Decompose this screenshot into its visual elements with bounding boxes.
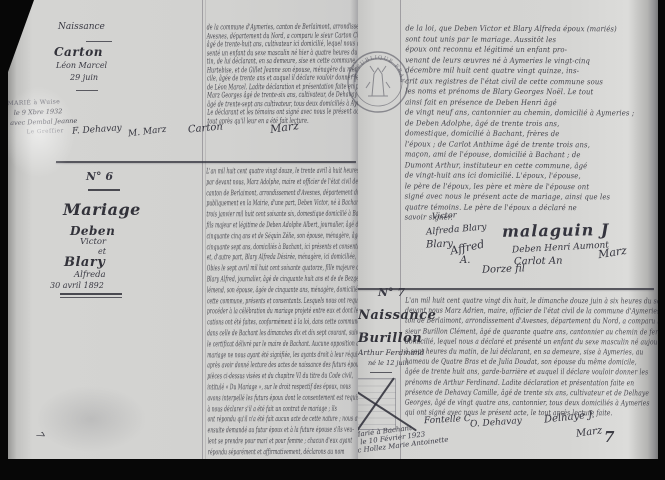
handwritten-text-line: prénoms de Arthur Ferdinand. Ladite décl… xyxy=(405,377,600,388)
register-scan: Naissance Carton Léon Marcel 29 juin MAR… xyxy=(8,0,658,459)
margin-groom-family: Deben xyxy=(70,224,115,238)
margin-family-name: Carton xyxy=(54,45,103,59)
handwritten-text-line: L'an mil huit cent quatre vingt douze, l… xyxy=(206,166,293,177)
handwritten-text-line: L'an mil huit cent quatre vingt dix huit… xyxy=(405,296,600,307)
handwritten-text-line: publiquement en la Mairie, d'une part, D… xyxy=(206,198,293,209)
signature: Carton xyxy=(188,122,224,136)
margin-underline-2 xyxy=(60,297,122,298)
signature: O. Dehavay xyxy=(470,416,522,430)
page-number: 7 xyxy=(604,428,614,446)
handwritten-text-line: pièces ci-dessus visées et du chapitre V… xyxy=(207,371,294,382)
act-number: N° 7 xyxy=(378,286,405,299)
act-7-body-text: L'an mil huit cent quatre vingt dix huit… xyxy=(405,296,655,419)
handwritten-text-line: Blary Alfred, journalier, âgé de cinquan… xyxy=(207,274,294,285)
handwritten-text-line: âgée de trente huit ans, garde-barrière … xyxy=(405,367,600,378)
left-page: Naissance Carton Léon Marcel 29 juin MAR… xyxy=(8,0,358,459)
handwritten-text-line: présence de Dehavay Camille, âgé de tren… xyxy=(405,387,600,398)
signature-officer: Marz xyxy=(575,425,603,440)
margin-underline xyxy=(60,293,122,295)
handwritten-text-line: cations ont été faites, conformément à l… xyxy=(207,317,294,328)
handwritten-text-line: domicilié, lequel nous a déclaré et prés… xyxy=(405,336,600,347)
handwritten-text-line: par devant nous, Marz Adolphe, maire et … xyxy=(206,177,293,188)
signature: Fontelle C. xyxy=(424,414,474,427)
handwritten-text-line: mariage ne nous ayant été signifiée, les… xyxy=(207,349,294,360)
scan-glare xyxy=(8,86,76,178)
margin-given-names: Léon Marcel xyxy=(56,61,107,70)
handwritten-text-line: cinquante sept ans, domiciliés à Bachant… xyxy=(207,242,294,253)
handwritten-text-line: ont répondu qu'il n'a été fait aucun act… xyxy=(208,414,295,425)
handwritten-text-line: le certificat délivré par le maire de Ba… xyxy=(207,339,294,350)
register-scan-screenshot: { "scan": { "left_page": { "prev_act": {… xyxy=(0,0,665,480)
margin-bride-given: Alfreda xyxy=(74,270,106,280)
signature: A. xyxy=(460,255,470,266)
margin-bride-family: Blary xyxy=(64,255,105,270)
prev-act-body-text: de la commune d'Aymeries, canton de Berl… xyxy=(207,22,358,125)
act-6-body-text: L'an mil huit cent quatre vingt douze, l… xyxy=(206,166,358,458)
margin-groom-given: Victor xyxy=(80,237,106,247)
act-number-underline xyxy=(88,189,120,191)
handwritten-text-line: lent se prendre pour mari et pour femme … xyxy=(208,436,295,447)
handwritten-text-line: lémend, son épouse, âgée de cinquante an… xyxy=(207,285,294,296)
handwritten-text-line: ensuite demandé au futur époux et à la f… xyxy=(208,425,295,436)
handwritten-text-line: à nous déclarer s'il a été fait un contr… xyxy=(207,403,294,414)
margin-act-type: Mariage xyxy=(63,200,141,219)
act-divider-line xyxy=(56,161,356,163)
handwritten-text-line: cette commune, présents et consentants. … xyxy=(207,295,294,306)
handwritten-text-line: dans celle de Bachant les dimanches dix … xyxy=(207,328,294,339)
handwritten-text-line: répondu séparément et affirmativement, d… xyxy=(208,447,295,458)
handwritten-text-line: Georges, âgé de vingt quatre ans, canton… xyxy=(405,397,600,408)
margin-divider-dash xyxy=(76,90,98,91)
handwritten-text-line: à sept heures du matin, de lui déclarant… xyxy=(405,347,600,358)
signature: F. Dehavay xyxy=(72,123,122,136)
scan-smudge xyxy=(36,386,146,452)
handwritten-text-line: cinquante cinq ans et de Séquin Zélie, s… xyxy=(207,231,294,242)
handwritten-text-line: Obies le sept avril mil huit cent soixan… xyxy=(207,263,294,274)
handwritten-text-line: après avoir donné lecture des actes de n… xyxy=(207,360,294,371)
handwritten-text-line: sieur Burillon Clément, âgé de quarante … xyxy=(405,326,600,337)
handwritten-text-line: ton de Berlaimont, arrondissement d'Aves… xyxy=(405,316,600,327)
act-6-continuation-text: de la loi, que Deben Victor et Blary Alf… xyxy=(405,23,656,224)
signature: Deben Henri Aumont xyxy=(512,240,609,255)
signature: M. Marz xyxy=(128,125,167,140)
handwritten-text-line: et, d'autre part, Blary Alfreda Désirée,… xyxy=(207,252,294,263)
signature: Dorze fil xyxy=(482,263,525,275)
margin-divider-dash xyxy=(370,372,392,373)
signature-bride: Alfreda Blary xyxy=(426,222,487,237)
handwritten-text-line: avons interpellé les futurs époux dont l… xyxy=(207,393,294,404)
signature-groom: Victor xyxy=(432,210,457,220)
handwritten-text-line: trois janvier mil huit cent soixante six… xyxy=(206,209,293,220)
margin-date: né le 12 juin xyxy=(368,359,409,367)
act-number: N° 6 xyxy=(86,170,113,183)
margin-divider-dash xyxy=(86,41,112,42)
handwritten-text-line: devant nous Marz Adrien, maire, officier… xyxy=(405,306,600,317)
handwritten-text-line: procéder à la célébration du mariage pro… xyxy=(207,306,294,317)
margin-act-date: 30 avril 1892 xyxy=(50,281,104,290)
handwritten-text-line: hameau de Quatre Bras et de Julia Doudat… xyxy=(405,357,600,368)
signature: Marz xyxy=(269,119,299,136)
republique-francaise-seal: RÉPUBLIQUE FRANÇAISE xyxy=(344,48,412,116)
margin-act-type: Naissance xyxy=(58,22,105,32)
handwritten-text-line: canton de Berlaimont, arrondissement d'A… xyxy=(206,188,293,199)
left-margin-rule xyxy=(202,0,203,459)
page-corner-shadow xyxy=(8,0,34,72)
handwritten-text-line: intitulé « Du Mariage », sur le droit re… xyxy=(207,382,294,393)
handwritten-text-line: fils majeur et légitime de Deben Adolphe… xyxy=(207,220,294,231)
margin-date: 29 juin xyxy=(70,73,98,82)
signature-large: malaguin J xyxy=(502,220,610,241)
